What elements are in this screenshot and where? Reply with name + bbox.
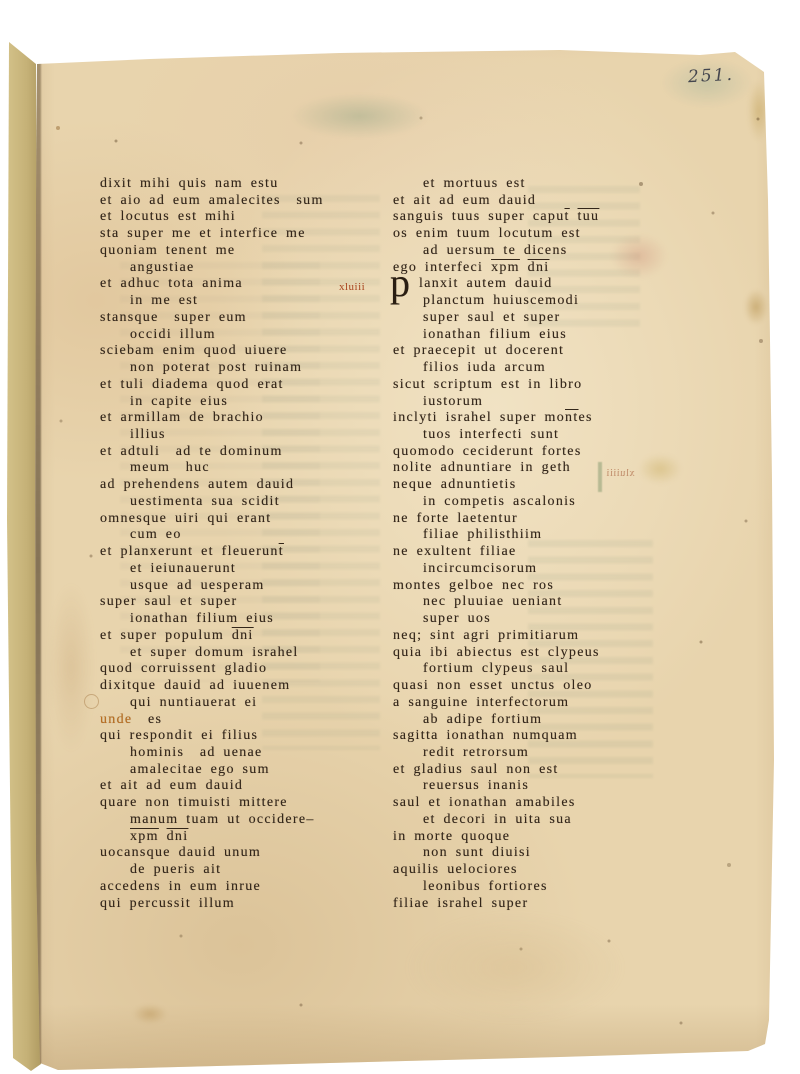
text-line: sta super me et interfice me <box>100 226 324 243</box>
text-segment: et super populum <box>100 628 232 643</box>
text-segment: dni <box>167 829 189 844</box>
text-segment: sagitta ionathan numquam <box>393 728 578 743</box>
text-line: unde es <box>100 712 324 729</box>
text-segment: accedens in eum inrue <box>100 879 261 894</box>
text-segment: ad prehendens autem dauid <box>100 477 294 492</box>
text-segment: neque adnuntietis <box>393 477 516 492</box>
text-line: xluiiiplanxit autem dauid <box>393 276 600 293</box>
text-line: uestimenta sua scidit <box>100 494 324 511</box>
text-segment: sta super me et interfice me <box>100 226 306 241</box>
text-segment: reuersus inanis <box>423 778 529 793</box>
text-line: stansque super eum <box>100 310 324 327</box>
stain <box>600 225 678 287</box>
text-line: leonibus fortiores <box>393 879 600 896</box>
text-line: ionathan filium eius <box>393 327 600 344</box>
text-line: reuersus inanis <box>393 778 600 795</box>
text-line: cum eo <box>100 527 324 544</box>
text-segment: et tuli diadema quod erat <box>100 377 284 392</box>
text-segment: uestimenta sua scidit <box>130 494 280 509</box>
text-line: dixitque dauid ad iuuenem <box>100 678 324 695</box>
text-segment: quasi non esset unctus oleo <box>393 678 593 693</box>
text-segment: sanguis tuus super capu <box>393 209 565 224</box>
offset-marker-text: xluiiii <box>606 468 635 479</box>
text-segment: ad uersum te dicens <box>423 243 568 258</box>
text-segment: incircumcisorum <box>423 561 537 576</box>
text-line: manum tuam ut occidere– <box>100 812 324 829</box>
text-segment: sciebam enim quod uiuere <box>100 343 288 358</box>
text-line: inclyti israhel super montes <box>393 410 600 427</box>
text-segment: montes gelboe nec ros <box>393 578 554 593</box>
text-line: et ieiunauerunt <box>100 561 324 578</box>
text-line: amalecitae ego sum <box>100 762 324 779</box>
text-line: fortium clypeus saul <box>393 661 600 678</box>
text-line: accedens in eum inrue <box>100 879 324 896</box>
text-segment: et mortuus est <box>423 176 526 191</box>
text-segment: et gladius saul non est <box>393 762 559 777</box>
text-line: ego interfeci xpm dni <box>393 260 600 277</box>
text-line: qui nuntiauerat ei <box>100 695 324 712</box>
text-segment: ne forte laetentur <box>393 511 518 526</box>
text-line: et locutus est mihi <box>100 209 324 226</box>
stain <box>126 1000 174 1028</box>
text-segment: quare non timuisti mittere <box>100 795 288 810</box>
text-segment: super uos <box>423 611 491 626</box>
text-segment: xpm <box>130 829 159 844</box>
text-line: os enim tuum locutum est <box>393 226 600 243</box>
text-line: hominis ad uenae <box>100 745 324 762</box>
text-segment: qui respondit ei filius <box>100 728 258 743</box>
text-segment: es <box>579 410 593 425</box>
text-segment: neq; sint agri primitiarum <box>393 628 579 643</box>
text-segment: quod corruissent gladio <box>100 661 267 676</box>
text-line: dixit mihi quis nam estu <box>100 176 324 193</box>
text-segment: nolite adnuntiare in geth <box>393 460 571 475</box>
text-line: montes gelboe nec ros <box>393 578 600 595</box>
text-line: non sunt diuisi <box>393 845 600 862</box>
text-segment: dixitque dauid ad iuuenem <box>100 678 290 693</box>
text-line: xpm dni <box>100 829 324 846</box>
text-segment: et aio ad eum amalecites sum <box>100 193 324 208</box>
text-line: ionathan filium eius <box>100 611 324 628</box>
text-line: usque ad uesperam <box>100 578 324 595</box>
text-line: aquilis uelociores <box>393 862 600 879</box>
text-line: et aio ad eum amalecites sum <box>100 193 324 210</box>
text-segment: et praecepit ut docerent <box>393 343 564 358</box>
text-line: quoniam tenent me <box>100 243 324 260</box>
text-segment: quia ibi abiectus est clypeus <box>393 645 600 660</box>
text-line: in me est <box>100 293 324 310</box>
text-segment: dni <box>232 628 254 643</box>
text-line: nec pluuiae ueniant <box>393 594 600 611</box>
text-segment: et super domum israhel <box>130 645 299 660</box>
text-segment: stansque super eum <box>100 310 247 325</box>
text-line: de pueris ait <box>100 862 324 879</box>
text-line: et praecepit ut docerent <box>393 343 600 360</box>
text-line: planctum huiuscemodi <box>393 293 600 310</box>
text-segment: ionathan filium eius <box>130 611 274 626</box>
text-segment: illius <box>130 427 166 442</box>
text-segment: dixit mihi quis nam estu <box>100 176 279 191</box>
text-line: nolite adnuntiare in geth <box>393 460 600 477</box>
text-segment: dni <box>528 260 550 275</box>
text-segment: super saul et super <box>100 594 238 609</box>
text-line: quasi non esset unctus oleo <box>393 678 600 695</box>
text-segment: non poterat post ruinam <box>130 360 302 375</box>
mirrored-chapter-offset: xluiiii <box>598 462 635 492</box>
text-line: sicut scriptum est in libro <box>393 377 600 394</box>
text-segment: filios iuda arcum <box>423 360 546 375</box>
text-segment: manum tuam ut occidere– <box>130 812 315 827</box>
text-line: uocansque dauid unum <box>100 845 324 862</box>
text-segment: nec pluuiae ueniant <box>423 594 563 609</box>
rubric-text: unde <box>100 712 132 727</box>
faded-stamp-mark <box>292 94 427 138</box>
text-segment: in capite eius <box>130 394 228 409</box>
text-segment: meum huc <box>130 460 210 475</box>
text-line: occidi illum <box>100 327 324 344</box>
text-segment: non sunt diuisi <box>423 845 531 860</box>
text-segment: filiae philisthiim <box>423 527 542 542</box>
text-line: saul et ionathan amabiles <box>393 795 600 812</box>
text-segment: quoniam tenent me <box>100 243 235 258</box>
text-line: et tuli diadema quod erat <box>100 377 324 394</box>
stain <box>744 70 774 152</box>
text-segment: redit retrorsum <box>423 745 529 760</box>
text-line: et super populum dni <box>100 628 324 645</box>
text-column-right: et mortuus estet ait ad eum dauidsanguis… <box>393 176 600 912</box>
text-line: et planxerunt et fleuerunt <box>100 544 324 561</box>
text-segment: tuos interfecti sunt <box>423 427 559 442</box>
text-line: quare non timuisti mittere <box>100 795 324 812</box>
text-line: iustorum <box>393 394 600 411</box>
text-segment: usque ad uesperam <box>130 578 265 593</box>
text-segment: et ait ad eum dauid <box>393 193 536 208</box>
text-line: et mortuus est <box>393 176 600 193</box>
text-line: illius <box>100 427 324 444</box>
text-segment: es <box>132 712 162 727</box>
text-segment: inclyti israhel super mo <box>393 410 565 425</box>
text-segment: lanxit autem dauid <box>419 276 553 291</box>
text-segment: et adtuli ad te dominum <box>100 444 283 459</box>
text-line: neque adnuntietis <box>393 477 600 494</box>
text-line: et adtuli ad te dominum <box>100 444 324 461</box>
text-segment: nt <box>565 410 579 425</box>
text-segment: ionathan filium eius <box>423 327 567 342</box>
text-line: redit retrorsum <box>393 745 600 762</box>
text-segment: qui nuntiauerat ei <box>130 695 257 710</box>
text-segment: et locutus est mihi <box>100 209 236 224</box>
text-segment: uocansque dauid unum <box>100 845 261 860</box>
text-segment: tuu <box>578 209 600 224</box>
stain <box>40 555 102 780</box>
text-line: omnesque uiri qui erant <box>100 511 324 528</box>
text-segment: filiae israhel super <box>393 896 528 911</box>
text-line: ab adipe fortium <box>393 712 600 729</box>
text-line: neq; sint agri primitiarum <box>393 628 600 645</box>
text-line: quia ibi abiectus est clypeus <box>393 645 600 662</box>
text-segment <box>159 829 167 844</box>
text-segment: et ieiunauerunt <box>130 561 236 576</box>
text-segment: cum eo <box>130 527 182 542</box>
text-line: filiae israhel super <box>393 896 600 913</box>
text-segment: planctum huiuscemodi <box>423 293 579 308</box>
text-segment: occidi illum <box>130 327 216 342</box>
text-segment: super saul et super <box>423 310 561 325</box>
text-segment: a sanguine interfectorum <box>393 695 569 710</box>
text-line: incircumcisorum <box>393 561 600 578</box>
text-segment: et ait ad eum dauid <box>100 778 243 793</box>
text-line: non poterat post ruinam <box>100 360 324 377</box>
text-line: sanguis tuus super caput tuu <box>393 209 600 226</box>
text-segment: amalecitae ego sum <box>130 762 270 777</box>
text-segment: de pueris ait <box>130 862 221 877</box>
text-segment: iustorum <box>423 394 483 409</box>
text-segment: hominis ad uenae <box>130 745 263 760</box>
text-line: ad uersum te dicens <box>393 243 600 260</box>
text-segment: ne exultent filiae <box>393 544 516 559</box>
text-segment: saul et ionathan amabiles <box>393 795 576 810</box>
text-line: a sanguine interfectorum <box>393 695 600 712</box>
text-line: filiae philisthiim <box>393 527 600 544</box>
text-line: et super domum israhel <box>100 645 324 662</box>
text-line: sagitta ionathan numquam <box>393 728 600 745</box>
text-segment: et planxerunt et fleuerun <box>100 544 279 559</box>
text-segment: qui percussit illum <box>100 896 235 911</box>
page-number: 251. <box>688 65 735 87</box>
text-segment: fortium clypeus saul <box>423 661 569 676</box>
text-segment: et decori in uita sua <box>423 812 572 827</box>
text-line: super saul et super <box>100 594 324 611</box>
text-segment: in competis ascalonis <box>423 494 576 509</box>
text-segment: et armillam de brachio <box>100 410 264 425</box>
parchment-page: 251. xluiiii dixit mihi quis nam estuet … <box>0 0 800 1074</box>
text-segment: os enim tuum locutum est <box>393 226 581 241</box>
text-segment: omnesque uiri qui erant <box>100 511 271 526</box>
text-line: qui respondit ei filius <box>100 728 324 745</box>
ring-stain <box>84 694 99 709</box>
text-segment: leonibus fortiores <box>423 879 548 894</box>
text-line: et decori in uita sua <box>393 812 600 829</box>
text-segment: aquilis uelociores <box>393 862 518 877</box>
text-line: in morte quoque <box>393 829 600 846</box>
text-line: tuos interfecti sunt <box>393 427 600 444</box>
text-segment: in me est <box>130 293 198 308</box>
text-line: sciebam enim quod uiuere <box>100 343 324 360</box>
chapter-number-rubric: xluiii <box>339 279 365 296</box>
text-line: in capite eius <box>100 394 324 411</box>
text-line: super uos <box>393 611 600 628</box>
text-segment: sicut scriptum est in libro <box>393 377 582 392</box>
text-segment: et adhuc tota anima <box>100 276 243 291</box>
text-line: filios iuda arcum <box>393 360 600 377</box>
text-segment <box>570 209 578 224</box>
manuscript-photo: 251. xluiiii dixit mihi quis nam estuet … <box>0 0 800 1074</box>
text-segment: in morte quoque <box>393 829 510 844</box>
text-line: ne forte laetentur <box>393 511 600 528</box>
stain <box>370 895 660 1040</box>
text-line: quod corruissent gladio <box>100 661 324 678</box>
text-line: et adhuc tota anima <box>100 276 324 293</box>
text-line: quomodo ceciderunt fortes <box>393 444 600 461</box>
text-line: qui percussit illum <box>100 896 324 913</box>
text-line: angustiae <box>100 260 324 277</box>
ink-speckles <box>0 0 2 2</box>
text-line: ne exultent filiae <box>393 544 600 561</box>
text-segment: t <box>279 544 284 559</box>
text-segment: angustiae <box>130 260 195 275</box>
text-segment <box>520 260 528 275</box>
text-line: et gladius saul non est <box>393 762 600 779</box>
text-column-left: dixit mihi quis nam estuet aio ad eum am… <box>100 176 324 912</box>
text-line: in competis ascalonis <box>393 494 600 511</box>
text-line: et ait ad eum dauid <box>100 778 324 795</box>
text-segment: quomodo ceciderunt fortes <box>393 444 582 459</box>
text-segment: ab adipe fortium <box>423 712 542 727</box>
text-line: et ait ad eum dauid <box>393 193 600 210</box>
text-line: super saul et super <box>393 310 600 327</box>
stain <box>740 283 772 331</box>
text-line: et armillam de brachio <box>100 410 324 427</box>
text-segment: xpm <box>491 260 520 275</box>
stain <box>630 448 690 490</box>
text-line: meum huc <box>100 460 324 477</box>
text-line: ad prehendens autem dauid <box>100 477 324 494</box>
